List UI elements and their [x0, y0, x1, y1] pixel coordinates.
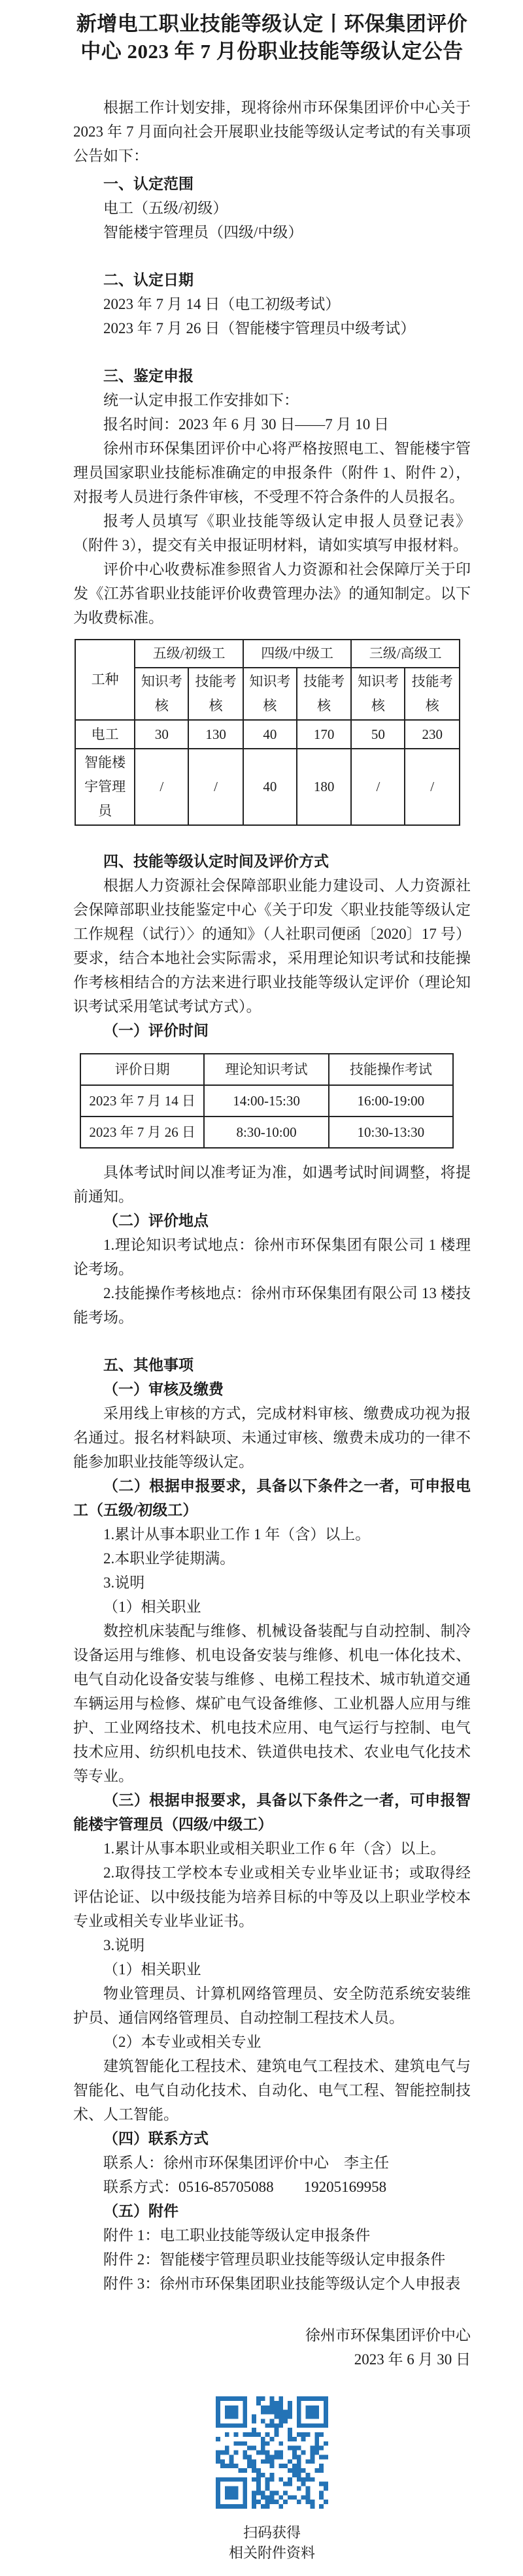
- online-review-policy: 采用线上审核的方式，完成材料审核、缴费成功视为报名通过。报名材料缺项、未通过审核…: [73, 1401, 471, 1474]
- time-cell: 14:00-15:30: [204, 1085, 328, 1117]
- fee-cell: 50: [351, 720, 405, 749]
- evaluation-method: 根据人力资源社会保障部职业能力建设司、人力资源社会保障部职业技能鉴定中心《关于印…: [73, 873, 471, 1019]
- time-table-header: 理论知识考试: [204, 1054, 328, 1085]
- manager-related-jobs-label: （1）相关职业: [73, 1957, 471, 1981]
- fee-row-name: 智能楼宇管理员: [75, 749, 135, 825]
- subsection-review-payment: （一）审核及缴费: [73, 1377, 471, 1401]
- skill-exam-location: 2.技能操作考核地点：徐州市环保集团有限公司 13 楼技能考场。: [73, 1281, 471, 1329]
- form-requirement: 报考人员填写《职业技能等级认定申报人员登记表》（附件 3），提交有关申报证明材料…: [73, 509, 471, 557]
- theory-exam-location: 1.理论知识考试地点：徐州市环保集团有限公司 1 楼理论考场。: [73, 1233, 471, 1281]
- manager-related-jobs-list: 物业管理员、计算机网络管理员、安全防范系统安装维护员、通信网络管理员、自动控制工…: [73, 1981, 471, 2030]
- fee-cell: /: [188, 749, 243, 825]
- fee-row-name: 电工: [75, 720, 135, 749]
- manager-condition-2: 2.取得技工学校本专业或相关专业毕业证书；或取得经评估论证、以中级技能为培养目标…: [73, 1861, 471, 1933]
- fee-cell: 130: [188, 720, 243, 749]
- section-1-heading: 一、认定范围: [73, 172, 471, 196]
- review-policy: 徐州市环保集团评价中心将严格按照电工、智能楼宇管理员国家职业技能标准确定的申报条…: [73, 436, 471, 509]
- qr-code-icon: [216, 2396, 328, 2509]
- document-page: 新增电工职业技能等级认定丨环保集团评价中心 2023 年 7 月份职业技能等级认…: [0, 0, 523, 2576]
- contact-phone: 联系方式：0516-85705088 19205169958: [73, 2175, 471, 2199]
- subsection-building-manager-requirements: （三）根据申报要求，具备以下条件之一者，可申报智能楼宇管理员（四级/中级工）: [73, 1788, 471, 1836]
- qr-caption: 扫码获得相关附件资料: [73, 2522, 471, 2563]
- intro-paragraph: 根据工作计划安排，现将徐州市环保集团评价中心关于 2023 年 7 月面向社会开…: [73, 95, 471, 168]
- time-table-header: 技能操作考试: [329, 1054, 453, 1085]
- fee-cell: 40: [243, 720, 297, 749]
- time-table-row: 2023 年 7 月 26 日 8:30-10:00 10:30-13:30: [80, 1117, 453, 1148]
- fee-standard-intro: 评价中心收费标准参照省人力资源和社会保障厅关于印发《江苏省职业技能评价收费管理办…: [73, 557, 471, 630]
- registration-period: 报名时间：2023 年 6 月 30 日——7 月 10 日: [73, 412, 471, 436]
- page-title-line1: 新增电工职业技能等级认定丨环保集团评价: [76, 12, 468, 35]
- contact-person: 联系人：徐州市环保集团评价中心 李主任: [73, 2151, 471, 2175]
- qr-section: 扫码获得相关附件资料: [73, 2396, 471, 2563]
- manager-related-majors-label: （2）本专业或相关专业: [73, 2030, 471, 2054]
- fee-table-level-header: 四级/中级工: [243, 640, 352, 668]
- date-item-2: 2023 年 7 月 26 日（智能楼宇管理员中级考试）: [73, 316, 471, 340]
- attachment-2: 附件 2：智能楼宇管理员职业技能等级认定申报条件: [73, 2247, 471, 2272]
- fee-cell: /: [135, 749, 188, 825]
- application-arrangement: 统一认定申报工作安排如下：: [73, 388, 471, 412]
- fee-table-level-header: 三级/高级工: [351, 640, 460, 668]
- footer-date: 2023 年 6 月 30 日: [73, 2347, 471, 2372]
- attachment-3: 附件 3：徐州市环保集团职业技能等级认定个人申报表: [73, 2272, 471, 2296]
- fee-table-row-building-manager: 智能楼宇管理员 / / 40 180 / /: [75, 749, 460, 825]
- electrician-condition-1: 1.累计从事本职业工作 1 年（含）以上。: [73, 1522, 471, 1546]
- section-4-heading: 四、技能等级认定时间及评价方式: [73, 849, 471, 873]
- fee-cell: /: [405, 749, 460, 825]
- footer-org: 徐州市环保集团评价中心: [73, 2323, 471, 2347]
- exam-time-note: 具体考试时间以准考证为准，如遇考试时间调整，将提前通知。: [73, 1160, 471, 1209]
- subsection-contact: （四）联系方式: [73, 2127, 471, 2151]
- time-cell: 10:30-13:30: [329, 1117, 453, 1148]
- time-table-header: 评价日期: [80, 1054, 204, 1085]
- fee-table-sub-header: 知识考核: [135, 668, 188, 720]
- electrician-related-jobs-label: （1）相关职业: [73, 1595, 471, 1619]
- time-cell: 2023 年 7 月 14 日: [80, 1085, 204, 1117]
- fee-table-level-header: 五级/初级工: [135, 640, 243, 668]
- electrician-note: 3.说明: [73, 1571, 471, 1595]
- fee-cell: 230: [405, 720, 460, 749]
- scope-item-building-manager: 智能楼宇管理员（四级/中级）: [73, 220, 471, 244]
- fee-table-sub-header: 知识考核: [243, 668, 297, 720]
- fee-table-sub-header: 知识考核: [351, 668, 405, 720]
- fee-cell: /: [351, 749, 405, 825]
- signature-block: 徐州市环保集团评价中心 2023 年 6 月 30 日: [73, 2323, 471, 2372]
- fee-table-sub-header: 技能考核: [405, 668, 460, 720]
- date-item-1: 2023 年 7 月 14 日（电工初级考试）: [73, 292, 471, 316]
- time-cell: 2023 年 7 月 26 日: [80, 1117, 204, 1148]
- section-2-heading: 二、认定日期: [73, 268, 471, 292]
- page-title: 新增电工职业技能等级认定丨环保集团评价中心 2023 年 7 月份职业技能等级认…: [73, 10, 471, 65]
- manager-note: 3.说明: [73, 1933, 471, 1957]
- fee-table-sub-header: 技能考核: [297, 668, 352, 720]
- manager-related-majors-list: 建筑智能化工程技术、建筑电气工程技术、建筑电气与智能化、电气自动化技术、自动化、…: [73, 2054, 471, 2127]
- page-title-line2: 中心 2023 年 7 月份职业技能等级认定公告: [80, 40, 464, 63]
- time-table-row: 2023 年 7 月 14 日 14:00-15:30 16:00-19:00: [80, 1085, 453, 1117]
- fee-cell: 170: [297, 720, 352, 749]
- subsection-attachments: （五）附件: [73, 2199, 471, 2223]
- scope-item-electrician: 电工（五级/初级）: [73, 196, 471, 220]
- subsection-evaluation-time: （一）评价时间: [73, 1019, 471, 1043]
- electrician-condition-2: 2.本职业学徒期满。: [73, 1546, 471, 1571]
- electrician-related-jobs-list: 数控机床装配与维修、机械设备装配与自动控制、制冷设备运用与维修、机电设备安装与维…: [73, 1619, 471, 1788]
- fee-table-sub-header: 技能考核: [188, 668, 243, 720]
- section-5-heading: 五、其他事项: [73, 1353, 471, 1377]
- fee-table: 工种 五级/初级工 四级/中级工 三级/高级工 知识考核 技能考核 知识考核 技…: [75, 639, 460, 826]
- fee-table-row-electrician: 电工 30 130 40 170 50 230: [75, 720, 460, 749]
- subsection-evaluation-location: （二）评价地点: [73, 1209, 471, 1233]
- time-cell: 16:00-19:00: [329, 1085, 453, 1117]
- fee-cell: 30: [135, 720, 188, 749]
- fee-cell: 40: [243, 749, 297, 825]
- manager-condition-1: 1.累计从事本职业或相关职业工作 6 年（含）以上。: [73, 1836, 471, 1861]
- attachment-1: 附件 1：电工职业技能等级认定申报条件: [73, 2223, 471, 2247]
- fee-cell: 180: [297, 749, 352, 825]
- time-table: 评价日期 理论知识考试 技能操作考试 2023 年 7 月 14 日 14:00…: [80, 1053, 454, 1149]
- time-cell: 8:30-10:00: [204, 1117, 328, 1148]
- fee-table-worktype-header: 工种: [75, 640, 135, 720]
- section-3-heading: 三、鉴定申报: [73, 364, 471, 388]
- subsection-electrician-requirements: （二）根据申报要求，具备以下条件之一者，可申报电工（五级/初级工）: [73, 1474, 471, 1522]
